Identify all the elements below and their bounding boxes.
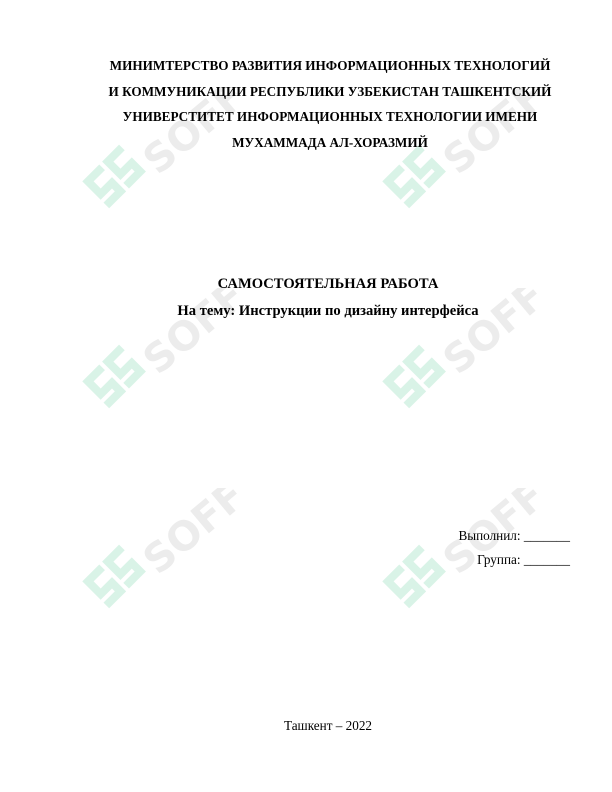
title-block: САМОСТОЯТЕЛЬНАЯ РАБОТА На тему: Инструкц… <box>110 273 546 322</box>
signature-block: Выполнил: _______ Группа: _______ <box>458 524 570 572</box>
header-line: МИНИМТЕРСТВО РАЗВИТИЯ ИНФОРМАЦИОННЫХ ТЕХ… <box>80 53 580 79</box>
header-line: И КОММУНИКАЦИИ РЕСПУБЛИКИ УЗБЕКИСТАН ТАШ… <box>80 79 580 105</box>
performed-by-line: Выполнил: _______ <box>458 524 570 548</box>
header-line: МУХАММАДА АЛ-ХОРАЗМИЙ <box>80 130 580 156</box>
header-line: УНИВЕРСТИТЕТ ИНФОРМАЦИОННЫХ ТЕХНОЛОГИИ И… <box>80 104 580 130</box>
document-page: МИНИМТЕРСТВО РАЗВИТИЯ ИНФОРМАЦИОННЫХ ТЕХ… <box>0 0 612 792</box>
document-subtitle: На тему: Инструкции по дизайну интерфейс… <box>110 300 546 322</box>
ministry-header: МИНИМТЕРСТВО РАЗВИТИЯ ИНФОРМАЦИОННЫХ ТЕХ… <box>80 53 580 155</box>
group-line: Группа: _______ <box>458 548 570 572</box>
footer-city-year: Ташкент – 2022 <box>0 718 612 734</box>
document-title: САМОСТОЯТЕЛЬНАЯ РАБОТА <box>110 273 546 295</box>
